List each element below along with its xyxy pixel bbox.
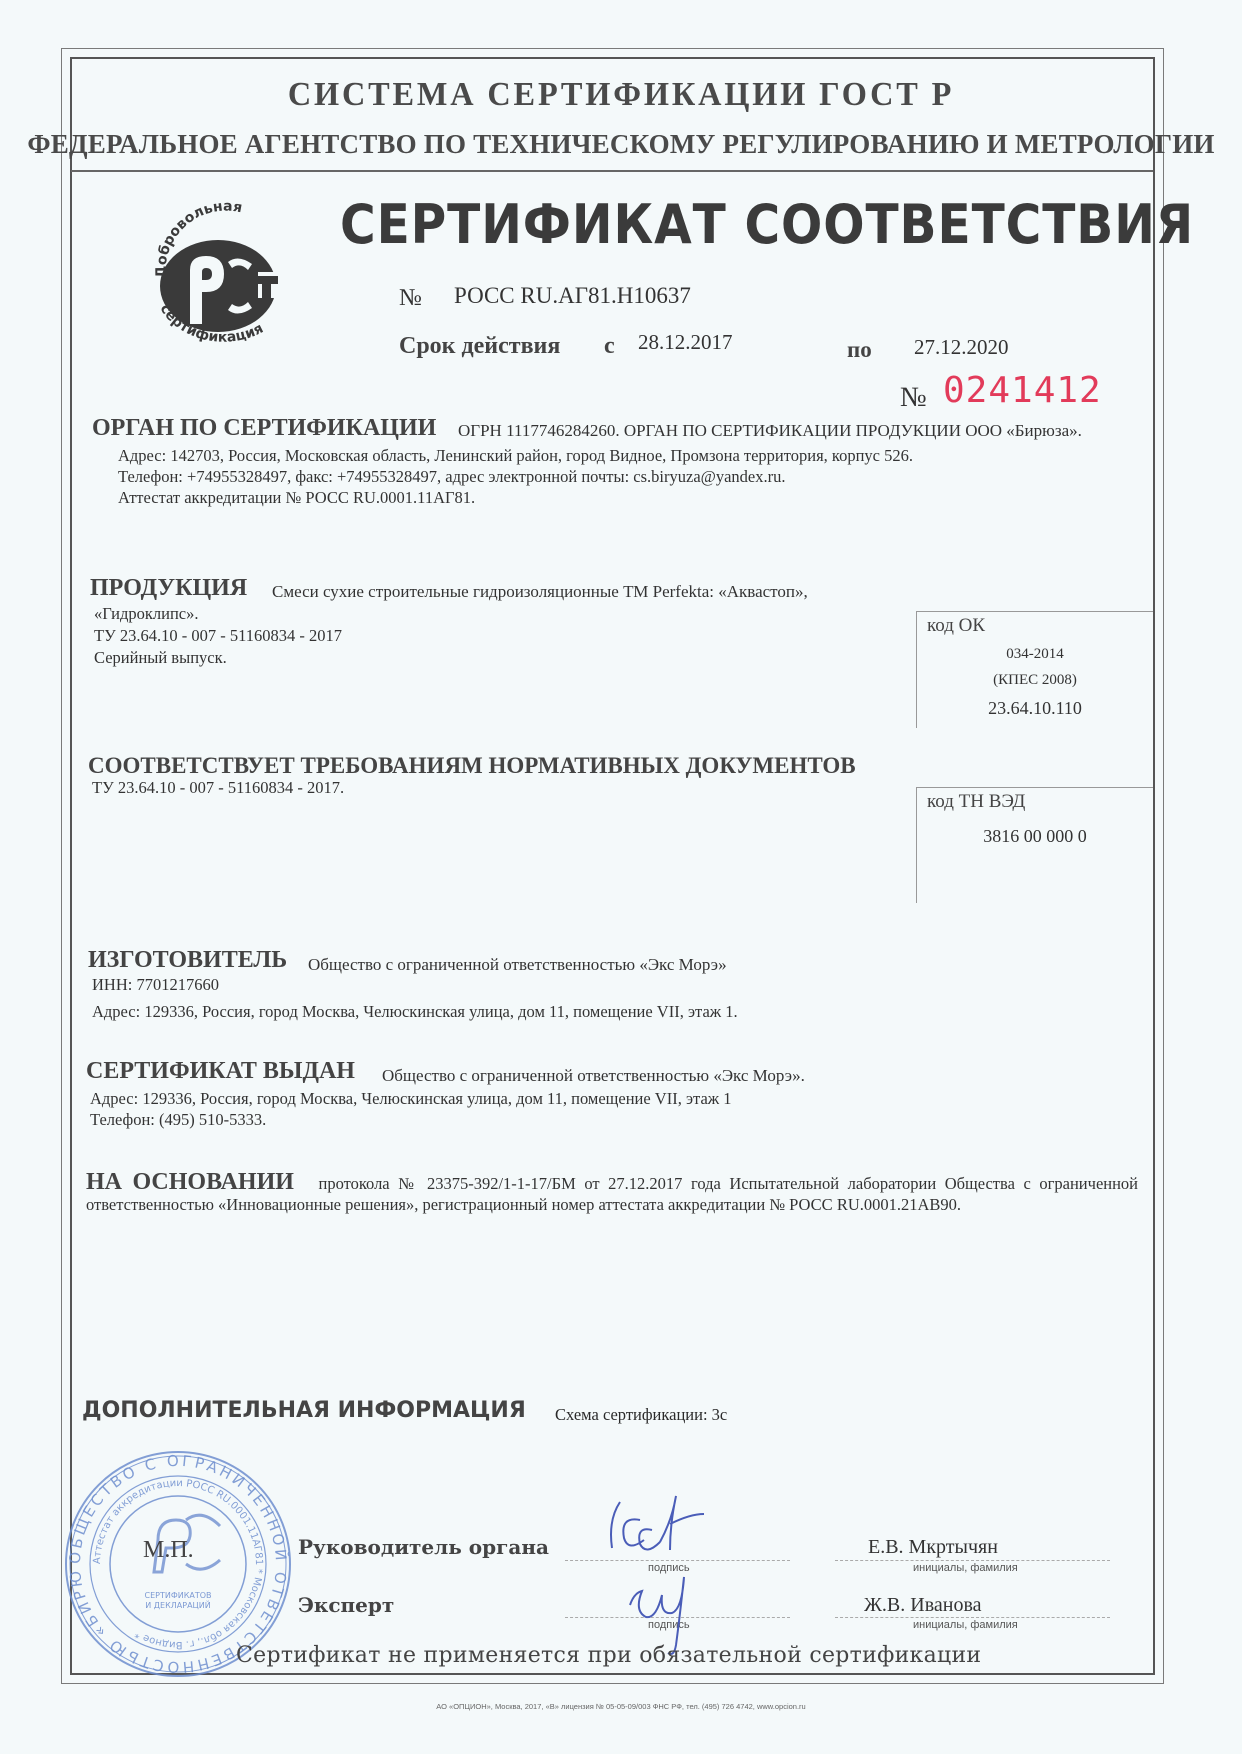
manufacturer-name: Общество с ограниченной ответственностью…: [308, 955, 727, 975]
product-line: Серийный выпуск.: [94, 648, 227, 668]
number-label: №: [399, 285, 422, 312]
signature-line: [565, 1560, 790, 1561]
valid-to-date: 27.12.2020: [914, 335, 1009, 360]
conformity-heading: СООТВЕТСТВУЕТ ТРЕБОВАНИЯМ НОРМАТИВНЫХ ДО…: [88, 753, 856, 779]
manufacturer-inn: ИНН: 7701217660: [92, 975, 219, 995]
name-caption: инициалы, фамилия: [913, 1562, 1018, 1574]
manufacturer-heading: ИЗГОТОВИТЕЛЬ: [88, 947, 287, 974]
product-heading: ПРОДУКЦИЯ: [90, 575, 247, 602]
code-ok-label: код ОК: [927, 615, 985, 637]
printer-imprint: АО «ОПЦИОН», Москва, 2017, «В» лицензия …: [0, 1702, 1242, 1711]
issued-to-phone: Телефон: (495) 510-5333.: [90, 1110, 266, 1130]
certification-scheme: Схема сертификации: 3с: [555, 1405, 727, 1425]
conformity-text: ТУ 23.64.10 - 007 - 51160834 - 2017.: [92, 778, 344, 798]
certificate-title: СЕРТИФИКАТ СООТВЕТСТВИЯ: [340, 193, 1194, 256]
expert-label: Эксперт: [298, 1593, 394, 1617]
expert-name: Ж.В. Иванова: [864, 1594, 982, 1617]
product-text: Смеси сухие строительные гидроизоляционн…: [272, 582, 808, 602]
name-line: [835, 1560, 1110, 1561]
svg-text:СЕРТИФИКАТОВ: СЕРТИФИКАТОВ: [144, 1591, 211, 1600]
basis-section: НА ОСНОВАНИИ протокола № 23375-392/1-1-1…: [86, 1172, 1138, 1215]
certification-body-text: ОГРН 1117746284260. ОРГАН ПО СЕРТИФИКАЦИ…: [458, 421, 1082, 441]
issued-to-address: Адрес: 129336, Россия, город Москва, Чел…: [90, 1089, 732, 1109]
head-of-body-label: Руководитель органа: [298, 1535, 549, 1559]
product-line: «Гидроклипс».: [94, 604, 199, 624]
svg-text:И ДЕКЛАРАЦИЙ: И ДЕКЛАРАЦИЙ: [145, 1599, 210, 1610]
mp-label: М.П.: [143, 1537, 194, 1564]
blank-number-label: №: [900, 382, 927, 414]
valid-from-label: с: [604, 333, 615, 360]
header-divider: [71, 170, 1153, 172]
basis-heading: НА ОСНОВАНИИ: [86, 1169, 294, 1195]
certification-body-contacts: Телефон: +74955328497, факс: +7495532849…: [118, 467, 786, 487]
certification-body-address: Адрес: 142703, Россия, Московская област…: [118, 446, 913, 466]
agency-title: ФЕДЕРАЛЬНОЕ АГЕНТСТВО ПО ТЕХНИЧЕСКОМУ РЕ…: [0, 129, 1242, 160]
code-ok-classifier: 034-2014: [917, 646, 1153, 663]
additional-info-heading: ДОПОЛНИТЕЛЬНАЯ ИНФОРМАЦИЯ: [82, 1398, 526, 1423]
issued-to-heading: СЕРТИФИКАТ ВЫДАН: [86, 1058, 355, 1085]
system-title: СИСТЕМА СЕРТИФИКАЦИИ ГОСТ Р: [31, 76, 1211, 114]
blank-serial-number: 0241412: [943, 370, 1102, 411]
validity-label: Срок действия: [399, 333, 560, 360]
issued-to-name: Общество с ограниченной ответственностью…: [382, 1066, 805, 1086]
certificate-number: РОСС RU.АГ81.Н10637: [454, 283, 691, 309]
certification-body-heading: ОРГАН ПО СЕРТИФИКАЦИИ: [92, 415, 436, 442]
name-caption: инициалы, фамилия: [913, 1619, 1018, 1631]
code-ok-box: код ОК 034-2014 (КПЕС 2008) 23.64.10.110: [916, 611, 1153, 728]
name-line: [835, 1617, 1110, 1618]
rst-logo-icon: Добровольная сертификация: [148, 200, 298, 350]
product-line: ТУ 23.64.10 - 007 - 51160834 - 2017: [94, 626, 342, 646]
code-ok-edition: (КПЕС 2008): [917, 672, 1153, 689]
code-tn-ved-label: код ТН ВЭД: [927, 791, 1025, 813]
valid-to-label: по: [847, 337, 872, 363]
manufacturer-address: Адрес: 129336, Россия, город Москва, Чел…: [92, 1002, 738, 1022]
code-ok-value: 23.64.10.110: [917, 698, 1153, 719]
footer-note: Сертификат не применяется при обязательн…: [236, 1643, 981, 1668]
certification-body-accreditation: Аттестат аккредитации № РОСС RU.0001.11А…: [118, 488, 475, 508]
signature-icon: [600, 1490, 730, 1560]
valid-from-date: 28.12.2017: [638, 330, 733, 355]
code-tn-ved-box: код ТН ВЭД 3816 00 000 0: [916, 787, 1153, 903]
code-tn-ved-value: 3816 00 000 0: [917, 826, 1153, 847]
head-of-body-name: Е.В. Мкртычян: [868, 1536, 998, 1559]
